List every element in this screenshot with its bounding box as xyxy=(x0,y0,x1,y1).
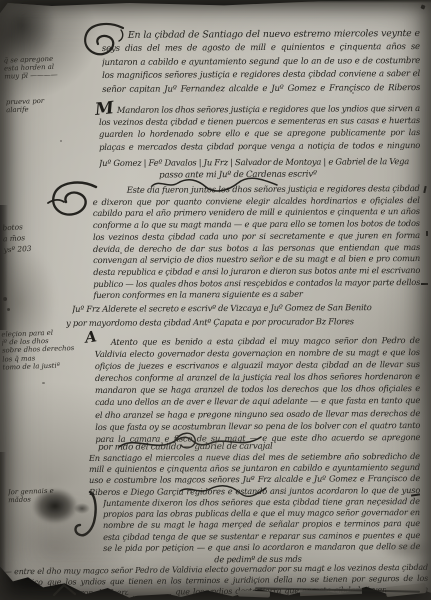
chevron-ink-mark xyxy=(52,583,78,597)
entry-3-text: Este dia fueron juntos los dhos señores … xyxy=(93,183,421,302)
margin-note-1: q̃ se apregone esta horden al muy p̃l ——… xyxy=(4,53,97,81)
margin-note-5: Jor gennais e mãdos xyxy=(8,486,83,505)
right-margin-mark xyxy=(421,283,428,285)
paper-speck xyxy=(390,352,392,354)
top-edge-shadow xyxy=(0,0,431,3)
paper-speck xyxy=(3,297,7,301)
margin-note-3: botos a m̃os ysº 203 xyxy=(2,220,56,256)
right-margin-mark xyxy=(420,4,425,9)
rubric-flourish-entry-4 xyxy=(115,427,265,453)
entry-3-appointment-line-2: y por mayordomo desta çibdad Antº Çapata… xyxy=(66,315,378,329)
initial-flourish-entry-3 xyxy=(46,179,98,219)
margin-note-2: prueva por alarife xyxy=(6,96,79,115)
paper-speck xyxy=(352,92,354,94)
entry-2-text: Mandaron los dhos señores justiçia e reg… xyxy=(99,102,420,153)
entry-2-names-line: Juº Gomez | Feº Davalos | Ju Frz | Salva… xyxy=(99,155,420,169)
right-margin-mark xyxy=(423,186,426,193)
entry-1-text: En la çibdad de Santiago del nuevo estre… xyxy=(102,27,420,98)
paper-speck xyxy=(60,140,62,142)
margin-note-4: eleçion para el jº de los dhos sobre dho… xyxy=(1,327,92,371)
paper-speck xyxy=(120,252,122,254)
manuscript-page: En la çibdad de Santiago del nuevo estre… xyxy=(0,0,431,600)
rubric-flourish-entry-5 xyxy=(178,484,268,496)
left-edge-shadow-2 xyxy=(0,452,6,572)
paper-speck xyxy=(7,308,10,311)
entry-3-appointment-line-1: Juº Frz Alderete el secreto e escrivº de… xyxy=(72,301,374,315)
entry-6-text: Juntamente dixeron los dhos señores que … xyxy=(103,496,420,554)
manuscript-photo: En la çibdad de Santiago del nuevo estre… xyxy=(0,0,431,600)
paper-speck xyxy=(42,382,45,384)
right-margin-mark xyxy=(426,231,428,236)
paper-speck xyxy=(270,212,272,214)
